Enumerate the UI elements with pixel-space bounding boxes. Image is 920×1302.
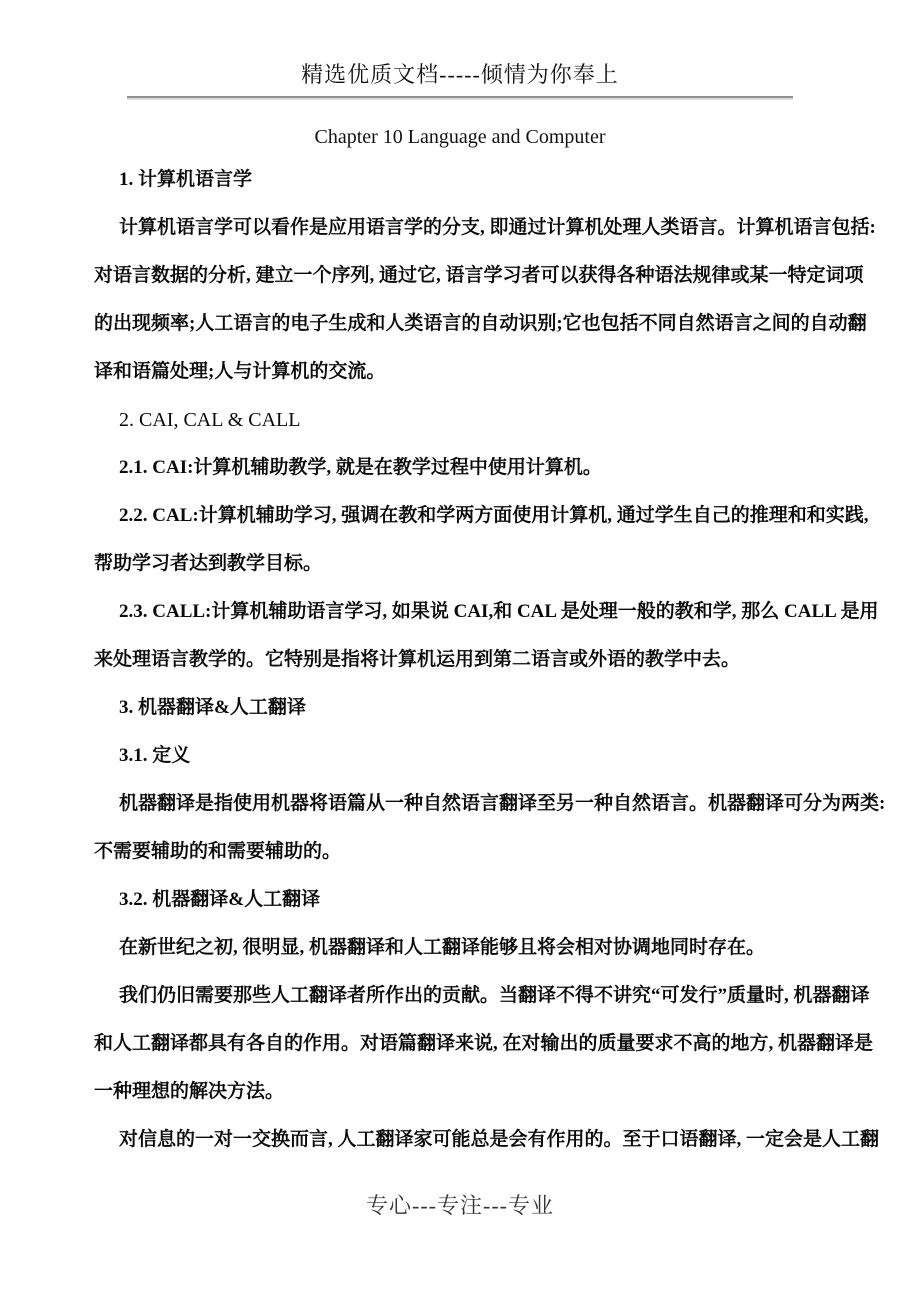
text-line: 在新世纪之初, 很明显, 机器翻译和人工翻译能够且将会相对协调地同时存在。 xyxy=(94,924,824,972)
document-body: 1. 计算机语言学计算机语言学可以看作是应用语言学的分支, 即通过计算机处理人类… xyxy=(94,156,824,1164)
header-rule-divider xyxy=(127,96,793,98)
text-line: 2.3. CALL:计算机辅助语言学习, 如果说 CAI,和 CAL 是处理一般… xyxy=(94,588,824,636)
chapter-title: Chapter 10 Language and Computer xyxy=(0,121,920,153)
text-line: 和人工翻译都具有各自的作用。对语篇翻译来说, 在对输出的质量要求不高的地方, 机… xyxy=(94,1020,824,1068)
text-line: 不需要辅助的和需要辅助的。 xyxy=(94,828,824,876)
text-line: 我们仍旧需要那些人工翻译者所作出的贡献。当翻译不得不讲究“可发行”质量时, 机器… xyxy=(94,972,824,1020)
text-line: 1. 计算机语言学 xyxy=(94,156,824,204)
text-line: 2.2. CAL:计算机辅助学习, 强调在教和学两方面使用计算机, 通过学生自己… xyxy=(94,492,824,540)
text-line: 3.1. 定义 xyxy=(94,732,824,780)
text-line: 计算机语言学可以看作是应用语言学的分支, 即通过计算机处理人类语言。计算机语言包… xyxy=(94,204,824,252)
text-line: 对语言数据的分析, 建立一个序列, 通过它, 语言学习者可以获得各种语法规律或某… xyxy=(94,252,824,300)
text-line: 对信息的一对一交换而言, 人工翻译家可能总是会有作用的。至于口语翻译, 一定会是… xyxy=(94,1116,824,1164)
text-line: 的出现频率;人工语言的电子生成和人类语言的自动识别;它也包括不同自然语言之间的自… xyxy=(94,300,824,348)
text-line: 2. CAI, CAL & CALL xyxy=(94,396,824,444)
header-slogan: 精选优质文档-----倾情为你奉上 xyxy=(0,58,920,92)
text-line: 一种理想的解决方法。 xyxy=(94,1068,824,1116)
text-line: 来处理语言教学的。它特别是指将计算机运用到第二语言或外语的教学中去。 xyxy=(94,636,824,684)
document-page: 精选优质文档-----倾情为你奉上 Chapter 10 Language an… xyxy=(0,0,920,1302)
text-line: 3.2. 机器翻译&人工翻译 xyxy=(94,876,824,924)
footer-slogan: 专心---专注---专业 xyxy=(0,1188,920,1224)
text-line: 译和语篇处理;人与计算机的交流。 xyxy=(94,348,824,396)
text-line: 3. 机器翻译&人工翻译 xyxy=(94,684,824,732)
text-line: 机器翻译是指使用机器将语篇从一种自然语言翻译至另一种自然语言。机器翻译可分为两类… xyxy=(94,780,824,828)
text-line: 帮助学习者达到教学目标。 xyxy=(94,540,824,588)
text-line: 2.1. CAI:计算机辅助教学, 就是在教学过程中使用计算机。 xyxy=(94,444,824,492)
